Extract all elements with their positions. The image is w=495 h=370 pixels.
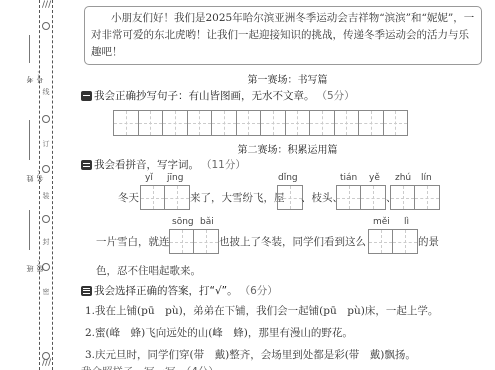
pinyin-mei: měi xyxy=(373,217,390,227)
grid-cell[interactable] xyxy=(165,186,189,209)
binding-mark-feng: 封 xyxy=(41,238,51,246)
grid-cell[interactable] xyxy=(286,111,311,135)
line1-seg2: 来了，大雪纷飞，屋 xyxy=(190,190,285,205)
answer-box-zhulin[interactable] xyxy=(390,185,440,210)
writing-grid[interactable] xyxy=(113,110,408,136)
q3-score: （6分） xyxy=(240,283,278,298)
pinyin-lin: lín xyxy=(421,173,432,183)
cut-line-inner xyxy=(52,0,53,370)
class-line[interactable] xyxy=(29,210,30,250)
stage1-title: 第一赛场：书写篇 xyxy=(80,71,495,86)
grid-cell[interactable] xyxy=(361,186,385,209)
line2-seg3: 的景 xyxy=(418,234,439,249)
line1-seg1: 冬天 xyxy=(118,190,139,205)
binding-mark-zhuang: 装 xyxy=(41,192,51,200)
q1-title: 我会正确抄写句子：有山皆图画，无水不文章。 （5分） xyxy=(81,88,355,103)
grid-cell[interactable] xyxy=(188,111,213,135)
q3-title-text: 我会选择正确的答案，打“√”。 xyxy=(94,283,238,298)
grid-cell[interactable] xyxy=(170,230,194,253)
binding-mark-xian: 线 xyxy=(41,88,51,96)
line3: 色，忍不住唱起歌来。 xyxy=(96,263,201,278)
pinyin-ding: dǐng xyxy=(278,173,298,183)
name-line[interactable] xyxy=(29,120,30,160)
grid-cell[interactable] xyxy=(391,186,415,209)
grid-cell[interactable] xyxy=(359,111,384,135)
answer-box-tianye[interactable] xyxy=(336,185,386,210)
q4-title-partial: 我会照样子，写一写。（4分） xyxy=(81,364,219,370)
grid-cell[interactable] xyxy=(415,186,439,209)
pinyin-tian: tián xyxy=(340,173,357,183)
answer-box-meili[interactable] xyxy=(368,229,418,254)
cut-line-outer xyxy=(39,0,40,370)
section-number-two-icon xyxy=(81,160,92,170)
choice-item-2[interactable]: 2.蜜(峰 蜂)飞向远处的山(峰 蜂)，那里有漫山的野花。 xyxy=(85,325,353,340)
stage2-title: 第二赛场：积累运用篇 xyxy=(80,141,495,156)
pinyin-ye: yě xyxy=(369,173,380,183)
q2-title-text: 我会看拼音，写字词。 xyxy=(94,157,199,172)
binding-hole-icon xyxy=(42,352,50,360)
pinyin-yi: yǐ xyxy=(145,173,153,183)
grid-cell[interactable] xyxy=(237,111,262,135)
binding-mark-mi: 密 xyxy=(41,288,51,296)
class-label: 班级： xyxy=(25,258,45,272)
answer-box-yijing[interactable] xyxy=(140,185,190,210)
grid-cell[interactable] xyxy=(261,111,286,135)
grid-cell[interactable] xyxy=(335,111,360,135)
pinyin-zhu: zhú xyxy=(395,173,411,183)
binding-hole-icon xyxy=(42,22,50,30)
answer-box-ding[interactable] xyxy=(277,185,303,210)
section-number-three-icon xyxy=(81,286,92,296)
binding-slashes-top: /// xyxy=(42,0,51,10)
grid-cell[interactable] xyxy=(114,111,139,135)
q2-title: 我会看拼音，写字词。 （11分） xyxy=(81,157,246,172)
choice-item-1[interactable]: 1.我在上铺(pū pù)，弟弟在下铺，我们会一起铺(pū pù)床，一起上学。 xyxy=(85,303,438,318)
name-label: 姓名： xyxy=(25,168,45,182)
grid-cell[interactable] xyxy=(384,111,409,135)
section-number-one-icon xyxy=(81,91,92,101)
q1-title-text: 我会正确抄写句子：有山皆图画，无水不文章。 xyxy=(94,88,315,103)
q3-title: 我会选择正确的答案，打“√”。 （6分） xyxy=(81,283,278,298)
binding-margin: /// /// 线 订 装 封 密 考号： 姓名： 班级： xyxy=(0,0,60,370)
grid-cell[interactable] xyxy=(310,111,335,135)
binding-hole-icon xyxy=(42,215,50,223)
pinyin-jing: jīng xyxy=(167,173,183,183)
pinyin-song: sōng xyxy=(172,217,194,227)
pinyin-bai: bǎi xyxy=(200,217,214,227)
binding-hole-icon xyxy=(42,115,50,123)
grid-cell[interactable] xyxy=(369,230,393,253)
grid-cell[interactable] xyxy=(163,111,188,135)
grid-cell[interactable] xyxy=(278,186,302,209)
grid-cell[interactable] xyxy=(212,111,237,135)
intro-text: 小朋友们好！我们是2025年哈尔滨亚洲冬季运动会吉祥物“滨滨”和“妮妮”，一对非… xyxy=(91,10,475,61)
q1-score: （5分） xyxy=(317,88,355,103)
exam-number-line[interactable] xyxy=(29,35,30,63)
exam-number-label: 考号： xyxy=(25,69,45,83)
binding-mark-ding: 订 xyxy=(41,140,51,148)
pinyin-li: lì xyxy=(404,217,409,227)
grid-cell[interactable] xyxy=(337,186,361,209)
line2-seg1: 一片雪白，就连 xyxy=(96,234,170,249)
grid-cell[interactable] xyxy=(194,230,218,253)
intro-box: 小朋友们好！我们是2025年哈尔滨亚洲冬季运动会吉祥物“滨滨”和“妮妮”，一对非… xyxy=(84,6,482,65)
grid-cell[interactable] xyxy=(141,186,165,209)
answer-box-songbai[interactable] xyxy=(169,229,219,254)
grid-cell[interactable] xyxy=(393,230,417,253)
grid-cell[interactable] xyxy=(139,111,164,135)
q2-score: （11分） xyxy=(201,157,246,172)
choice-item-3[interactable]: 3.庆元旦时，同学们穿(带 戴)整齐，会场里到处都是彩(带 戴)飘扬。 xyxy=(85,347,416,362)
line2-seg2: 也披上了冬装，同学们看到这么 xyxy=(219,234,366,249)
